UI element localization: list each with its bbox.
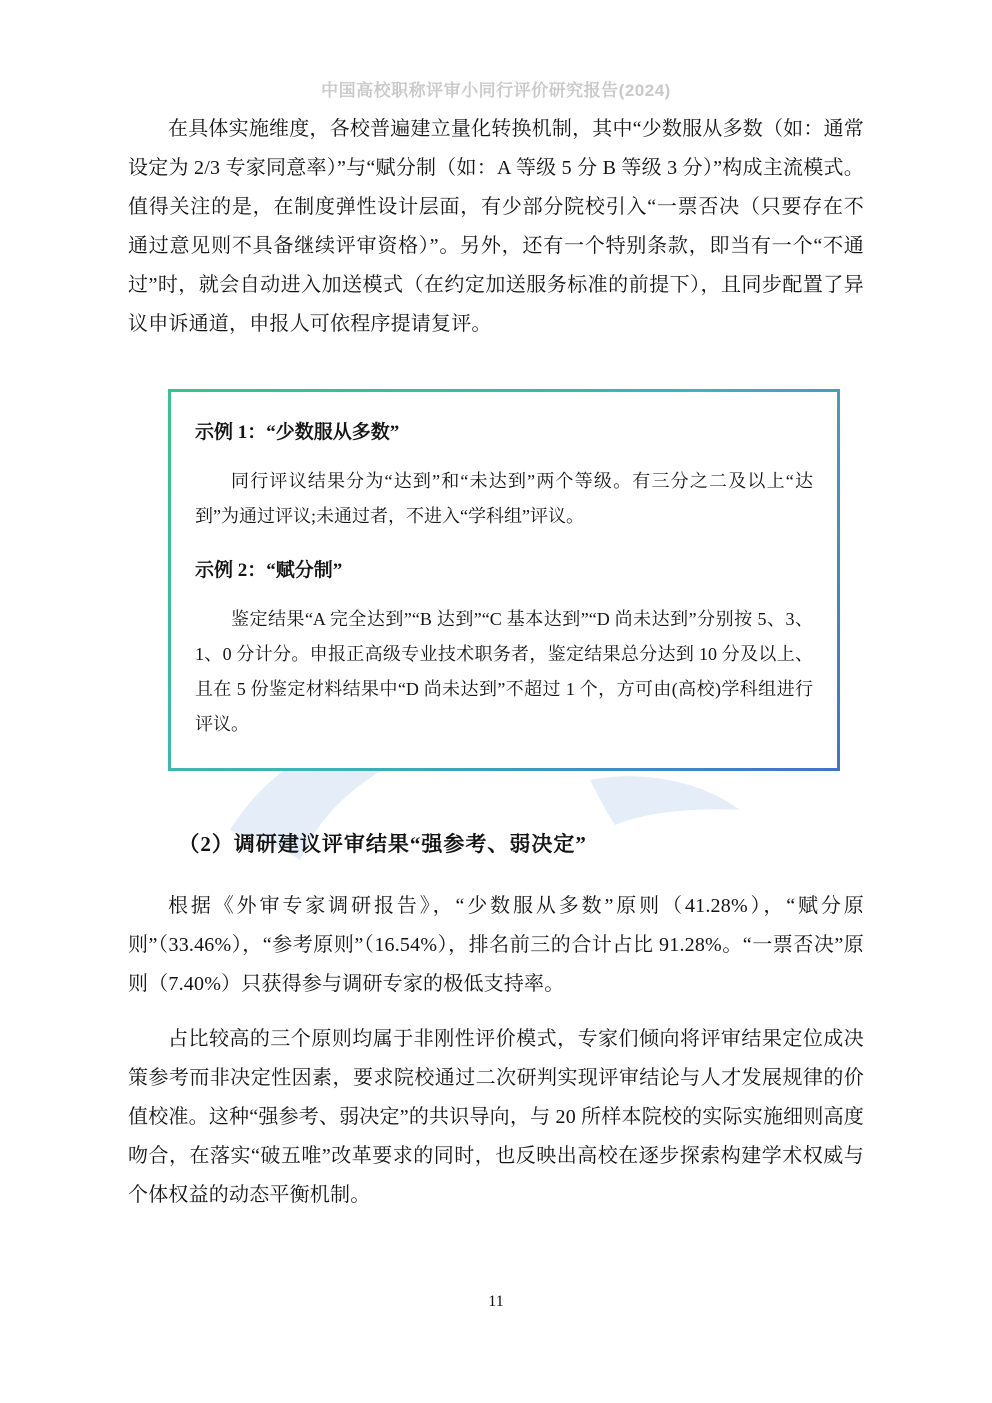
example1-label: 示例 1：“少数服从多数” — [195, 420, 813, 446]
example-box: 示例 1：“少数服从多数” 同行评议结果分为“达到”和“未达到”两个等级。有三分… — [168, 389, 840, 771]
page-header-title: 中国高校职称评审小同行评价研究报告(2024) — [0, 76, 992, 101]
paragraph-consensus-analysis: 占比较高的三个原则均属于非刚性评价模式，专家们倾向将评审结果定位成决策参考而非决… — [128, 1020, 864, 1215]
page-number: 11 — [0, 1293, 992, 1311]
paragraph-survey-percentages: 根据《外审专家调研报告》，“少数服从多数”原则（41.28%），“赋分原则”（3… — [128, 887, 864, 1004]
example2-body: 鉴定结果“A 完全达到”“B 达到”“C 基本达到”“D 尚未达到”分别按 5、… — [195, 602, 813, 742]
document-body: 在具体实施维度，各校普遍建立量化转换机制，其中“少数服从多数（如：通常设定为 2… — [128, 110, 864, 1215]
paragraph-implementation-mechanism: 在具体实施维度，各校普遍建立量化转换机制，其中“少数服从多数（如：通常设定为 2… — [128, 110, 864, 344]
example2-label: 示例 2：“赋分制” — [195, 558, 813, 584]
section-heading: （2）调研建议评审结果“强参考、弱决定” — [128, 829, 864, 859]
document-page: 中国高校职称评审小同行评价研究报告(2024) 在具体实施维度，各校普遍建立量化… — [0, 0, 992, 1403]
example1-body: 同行评议结果分为“达到”和“未达到”两个等级。有三分之二及以上“达到”为通过评议… — [195, 464, 813, 534]
